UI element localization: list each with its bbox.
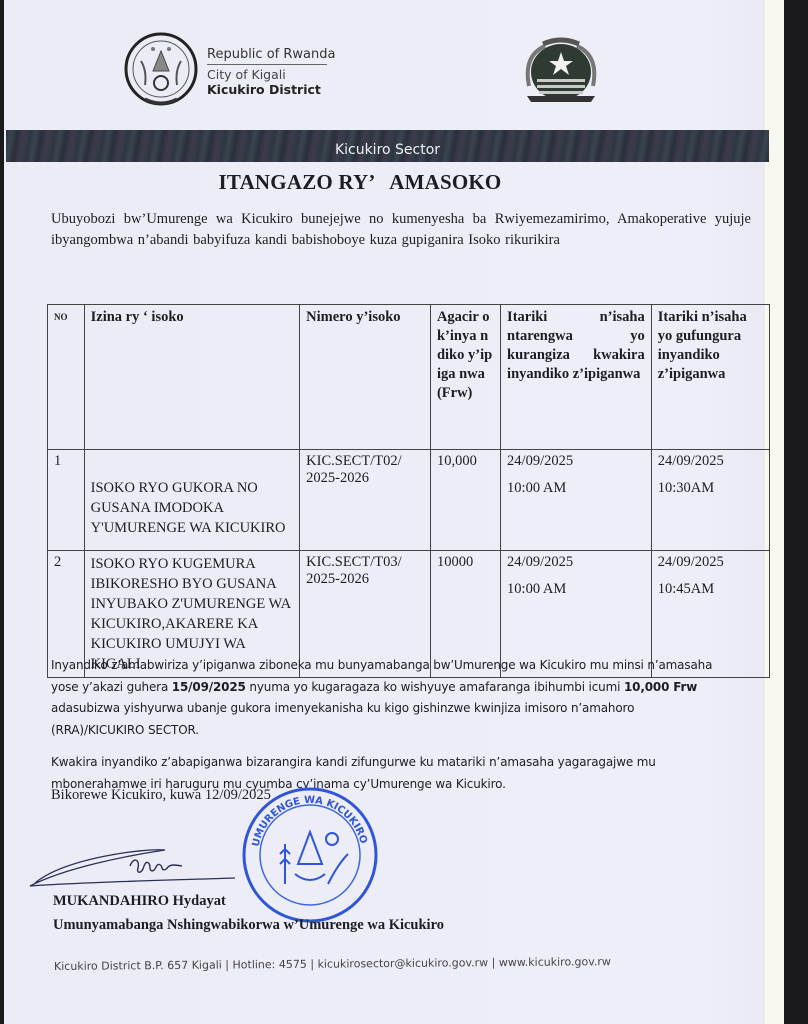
tender-table: NO Izina ry ‘ isoko Nimero y’isoko Agaci… — [47, 304, 770, 678]
row-opening: 24/09/2025 10:30AM — [651, 450, 769, 551]
signer-name: MUKANDAHIRO Hydayat — [53, 893, 226, 910]
row-deadline: 24/09/2025 10:00 AM — [501, 450, 652, 551]
header-value: Agacir o k’inya ndiko y’ipiga nwa (Frw) — [430, 305, 500, 450]
header-number: Nimero y’isoko — [300, 305, 431, 450]
table-header-row: NO Izina ry ‘ isoko Nimero y’isoko Agaci… — [48, 305, 770, 450]
row-name: ISOKO RYO GUKORA NO GUSANA IMODOKA Y'UMU… — [84, 450, 300, 551]
deadline-date: 24/09/2025 — [507, 554, 573, 570]
deadline-time: 10:00 AM — [507, 480, 566, 496]
letterhead-text: Republic of Rwanda City of Kigali Kicuki… — [207, 47, 327, 97]
header-deadline: Itariki n’isaha ntarengwa yo kurangiza k… — [501, 305, 652, 450]
intro-paragraph: Ubuyobozi bw’Umurenge wa Kicukiro buneje… — [51, 209, 751, 251]
scan-border — [784, 0, 808, 1024]
opening-time: 10:45AM — [658, 581, 714, 597]
letterhead-country: Republic of Rwanda — [207, 47, 327, 65]
official-stamp-icon: UMURENGE WA KICUKIRO — [240, 784, 380, 926]
row-number: KIC.SECT/T02/ 2025-2026 — [300, 450, 431, 551]
deadline-time: 10:00 AM — [507, 581, 566, 597]
opening-date: 24/09/2025 — [658, 554, 724, 570]
header-no: NO — [48, 305, 85, 450]
place-date: Bikorewe Kicukiro, kuwa 12/09/2025 — [51, 787, 271, 804]
opening-date: 24/09/2025 — [658, 453, 724, 469]
instructions: Inyandiko z’amabwiriza y’ipiganwa zibone… — [51, 654, 719, 805]
row-no: 1 — [48, 450, 85, 551]
table-row: 1 ISOKO RYO GUKORA NO GUSANA IMODOKA Y'U… — [48, 450, 770, 551]
start-date: 15/09/2025 — [172, 679, 246, 694]
sector-banner: Kicukiro Sector — [6, 130, 769, 162]
documents-paragraph: Inyandiko z’amabwiriza y’ipiganwa zibone… — [51, 654, 719, 740]
deadline-date: 24/09/2025 — [507, 453, 573, 469]
rwanda-coat-of-arms-icon — [123, 31, 199, 115]
kigali-city-emblem-icon — [513, 36, 609, 106]
header-name: Izina ry ‘ isoko — [84, 305, 300, 450]
signature-icon — [25, 838, 240, 898]
header-opening: Itariki n’isaha yo gufungura inyandiko z… — [651, 305, 769, 450]
row-value: 10,000 — [430, 450, 500, 551]
letterhead-district: Kicukiro District — [207, 82, 327, 97]
fee-amount: 10,000 Frw — [624, 679, 697, 694]
letterhead-city: City of Kigali — [207, 67, 327, 82]
page-title: ITANGAZO RY’ AMASOKO — [0, 170, 780, 195]
opening-time: 10:30AM — [658, 480, 714, 496]
signer-title: Umunyamabanga Nshingwabikorwa w’Umurenge… — [53, 917, 444, 934]
